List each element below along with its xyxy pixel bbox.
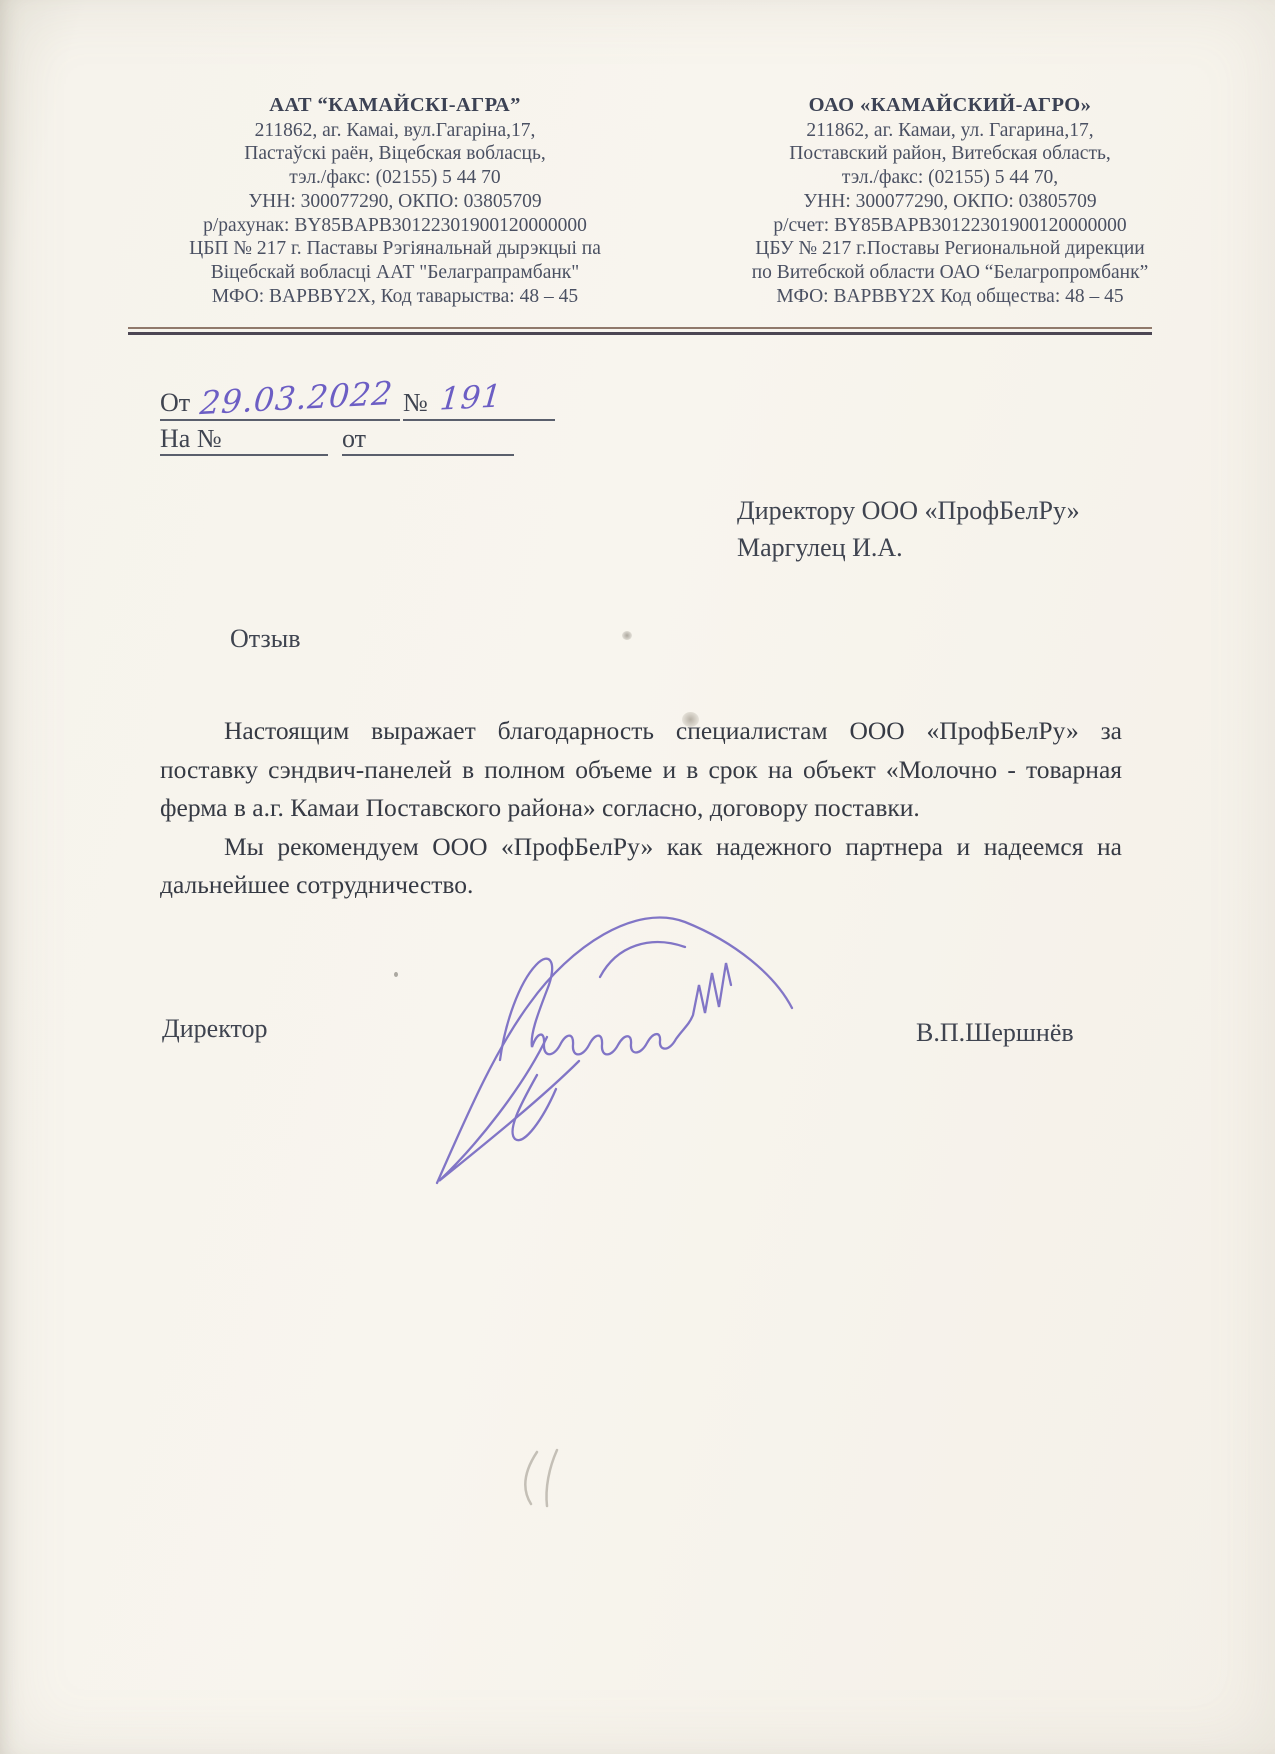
- letterhead-line: Поставский район, Витебская область,: [690, 142, 1210, 166]
- company-name-belarusian: ААТ “КАМАЙСКІ-АГРА”: [130, 94, 660, 118]
- letterhead-belarusian: ААТ “КАМАЙСКІ-АГРА” 211862, аг. Камаі, в…: [130, 94, 660, 308]
- letterhead-line: ЦБП № 217 г. Паставы Рэгіянальнай дырэкц…: [130, 237, 660, 261]
- letterhead-divider: [128, 327, 1152, 335]
- signature-autograph: [395, 875, 825, 1205]
- handwritten-date: 29.03.2022: [199, 374, 395, 422]
- signer-position: Директор: [162, 1014, 268, 1044]
- reply-number-label: На №: [160, 424, 222, 454]
- reply-date-label: от: [342, 424, 366, 454]
- letterhead-line: Віцебскай вобласці ААТ "Белаграпрамбанк": [130, 261, 660, 285]
- scan-smudge: [622, 631, 632, 640]
- scan-smudge: [682, 712, 699, 727]
- letterhead-line: УНН: 300077290, ОКПО: 03805709: [690, 190, 1210, 214]
- handwritten-number: 191: [438, 378, 503, 417]
- date-label: От: [160, 388, 190, 418]
- letterhead-line: р/рахунак: BY85BAPB30122301900120000000: [130, 214, 660, 238]
- reference-block: От 29.03.2022 № 191 На № от: [160, 381, 555, 467]
- reply-date-field: от: [342, 424, 514, 456]
- signer-name: В.П.Шершнёв: [916, 1018, 1074, 1048]
- subject-heading: Отзыв: [230, 624, 300, 654]
- letterhead-line: Пастаўскі раён, Віцебская вобласць,: [130, 142, 660, 166]
- date-field: От 29.03.2022: [160, 381, 400, 421]
- number-field: № 191: [403, 383, 555, 421]
- pencil-mark: [505, 1442, 575, 1512]
- scanned-letter-page: ААТ “КАМАЙСКІ-АГРА” 211862, аг. Камаі, в…: [0, 0, 1275, 1754]
- letterhead-line: МФО: BAPBBY2X, Код таварыства: 48 – 45: [130, 285, 660, 309]
- letterhead-line: тэл./факс: (02155) 5 44 70,: [690, 166, 1210, 190]
- letterhead-line: ЦБУ № 217 г.Поставы Региональной дирекци…: [690, 237, 1210, 261]
- company-name-russian: ОАО «КАМАЙСКИЙ-АГРО»: [690, 94, 1210, 118]
- outgoing-reference-row: От 29.03.2022 № 191: [160, 381, 555, 424]
- reply-number-field: На №: [160, 424, 328, 456]
- number-label: №: [403, 388, 428, 418]
- scan-speck: [394, 972, 398, 977]
- letterhead-russian: ОАО «КАМАЙСКИЙ-АГРО» 211862, аг. Камаи, …: [690, 94, 1210, 308]
- addressee-name: Маргулец И.А.: [737, 529, 1080, 566]
- addressee-block: Директору ООО «ПрофБелРу» Маргулец И.А.: [737, 492, 1080, 566]
- letterhead-line: тэл./факс: (02155) 5 44 70: [130, 166, 660, 190]
- addressee-title: Директору ООО «ПрофБелРу»: [737, 492, 1080, 529]
- letterhead-line: УНН: 300077290, ОКПО: 03805709: [130, 190, 660, 214]
- incoming-reference-row: На № от: [160, 424, 555, 467]
- letterhead-line: 211862, аг. Камаі, вул.Гагаріна,17,: [130, 119, 660, 143]
- letterhead-line: 211862, аг. Камаи, ул. Гагарина,17,: [690, 119, 1210, 143]
- letterhead-line: р/счет: BY85BAPB30122301900120000000: [690, 214, 1210, 238]
- letterhead-line: МФО: BAPBBY2X Код общества: 48 – 45: [690, 285, 1210, 309]
- body-paragraph: Настоящим выражает благодарность специал…: [160, 712, 1122, 828]
- letterhead-line: по Витебской области ОАО “Белагропромбан…: [690, 261, 1210, 285]
